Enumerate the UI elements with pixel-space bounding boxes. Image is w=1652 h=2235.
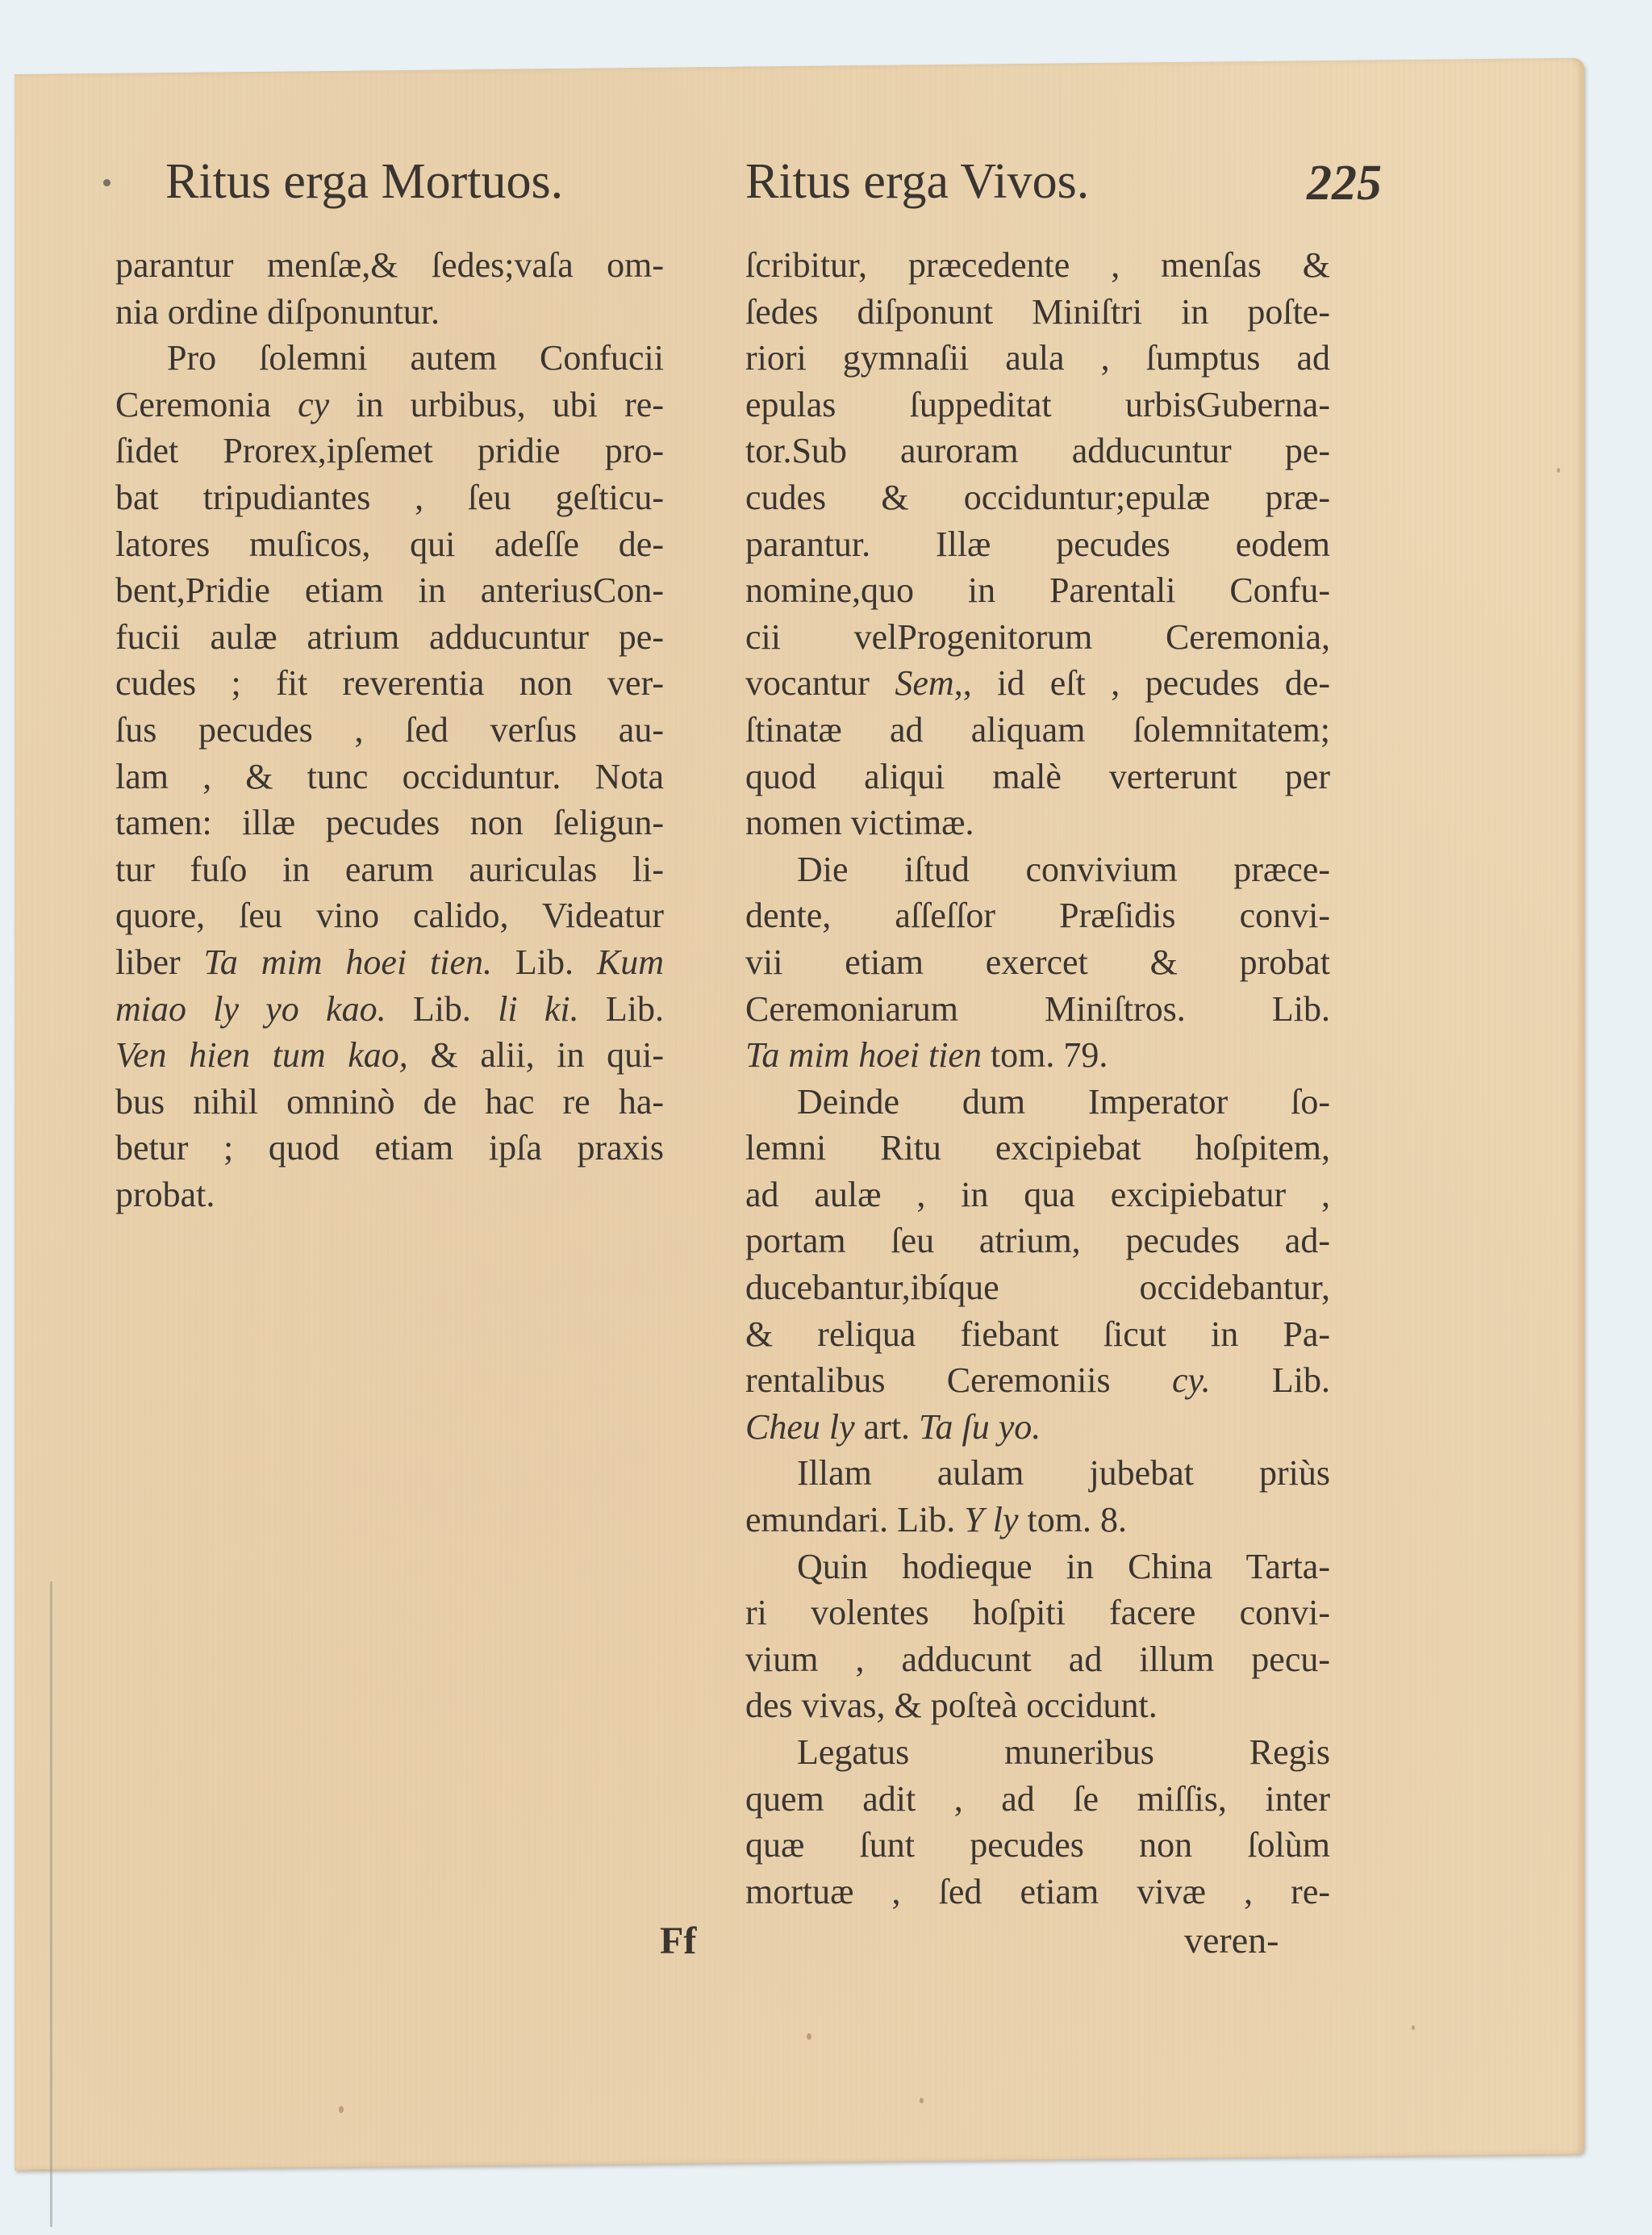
binding-edge — [50, 1581, 52, 2227]
text-segment: bent,Pridie etiam in anteriusCon- — [115, 570, 664, 610]
catchword: veren- — [1184, 1919, 1279, 1961]
text-segment: vium , adducunt ad illum pecu- — [745, 1640, 1330, 1679]
italic-citation: Ven hien tum kao, — [115, 1035, 408, 1075]
text-segment: Ceremonia — [115, 385, 298, 424]
text-line: Ta mim hoei tien tom. 79. — [745, 1032, 1330, 1079]
text-segment: & reliqua fiebant ſicut in Pa- — [745, 1314, 1330, 1354]
text-segment: latores muſicos, qui adeſſe de- — [115, 524, 664, 564]
text-segment: nomine,quo in Parentali Confu- — [745, 570, 1330, 610]
text-segment: cii velProgenitorum Ceremonia, — [745, 617, 1330, 657]
text-line: vii etiam exercet & probat — [745, 939, 1330, 986]
text-line: ſcribitur, præcedente , menſas & — [745, 242, 1330, 289]
text-segment: betur ; quod etiam ipſa praxis — [115, 1128, 664, 1168]
text-line: ad aulæ , in qua excipiebatur , — [745, 1172, 1330, 1218]
text-segment: Lib. — [492, 942, 597, 982]
text-line: Ceremonia cy in urbibus, ubi re- — [115, 382, 664, 428]
text-line: nomine,quo in Parentali Confu- — [745, 567, 1330, 614]
text-segment: ,, id eſt , pecudes de- — [954, 663, 1330, 703]
text-line: Deinde dum Imperator ſo- — [745, 1079, 1330, 1126]
text-segment: epulas ſuppeditat urbisGuberna- — [745, 385, 1330, 424]
text-segment: tor.Sub auroram adducuntur pe- — [745, 431, 1330, 470]
text-line: mortuæ , ſed etiam vivæ , re- — [745, 1869, 1330, 1915]
text-segment: vocantur — [745, 663, 895, 703]
signature-mark: Ff — [660, 1919, 696, 1963]
text-line: bus nihil omninò de hac re ha- — [115, 1079, 664, 1126]
text-segment: ſedes diſponunt Miniſtri in poſte- — [745, 292, 1330, 332]
text-segment: Legatus muneribus Regis — [797, 1732, 1330, 1772]
text-segment: lam , & tunc occiduntur. Nota — [115, 757, 664, 796]
text-line: cudes ; fit reverentia non ver- — [115, 660, 664, 707]
page-number: 225 — [1307, 155, 1382, 212]
text-line: quem adit , ad ſe miſſis, inter — [745, 1776, 1330, 1823]
text-line: lemni Ritu excipiebat hoſpitem, — [745, 1125, 1330, 1172]
text-segment: vii etiam exercet & probat — [745, 942, 1330, 982]
text-segment: quem adit , ad ſe miſſis, inter — [745, 1779, 1330, 1819]
header-ornament-dot — [103, 179, 111, 186]
text-line: tor.Sub auroram adducuntur pe- — [745, 428, 1330, 474]
italic-citation: Ta mim hoei tien. — [204, 942, 493, 982]
text-line: bat tripudiantes , ſeu geſticu- — [115, 474, 664, 521]
text-segment: riori gymnaſii aula , ſumptus ad — [745, 338, 1330, 378]
text-line: Ven hien tum kao, & alii, in qui- — [115, 1032, 664, 1079]
italic-citation: cy. — [1172, 1360, 1211, 1400]
text-line: liber Ta mim hoei tien. Lib. Kum — [115, 939, 664, 986]
text-segment: tamen: illæ pecudes non ſeligun- — [115, 803, 664, 842]
text-segment: & alii, in qui- — [408, 1035, 664, 1075]
text-line: epulas ſuppeditat urbisGuberna- — [745, 382, 1330, 428]
italic-citation: Ta ſu yo. — [919, 1407, 1041, 1447]
italic-citation: cy — [298, 385, 329, 424]
text-segment: rentalibus Ceremoniis — [745, 1360, 1172, 1400]
text-segment: Deinde dum Imperator ſo- — [797, 1082, 1330, 1122]
text-line: Cheu ly art. Ta ſu yo. — [745, 1404, 1330, 1451]
text-segment: bat tripudiantes , ſeu geſticu- — [115, 478, 664, 517]
italic-citation: Sem — [895, 663, 953, 703]
text-segment: cudes & occiduntur;epulæ præ- — [745, 478, 1330, 517]
text-segment: parantur. Illæ pecudes eodem — [745, 524, 1330, 564]
text-line: des vivas, & poſteà occidunt. — [745, 1682, 1330, 1729]
text-segment: tom. 79. — [982, 1035, 1108, 1075]
text-segment: ri volentes hoſpiti facere convi- — [745, 1593, 1330, 1632]
text-line: cudes & occiduntur;epulæ præ- — [745, 474, 1330, 521]
italic-citation: Ta mim hoei tien — [745, 1035, 982, 1075]
text-line: ſedes diſponunt Miniſtri in poſte- — [745, 289, 1330, 336]
text-line: emundari. Lib. Y ly tom. 8. — [745, 1497, 1330, 1544]
text-segment: quod aliqui malè verterunt per — [745, 757, 1330, 796]
text-segment: quæ ſunt pecudes non ſolùm — [745, 1825, 1330, 1865]
text-segment: dente, aſſeſſor Præſidis convi- — [745, 896, 1330, 935]
text-line: Pro ſolemni autem Confucii — [115, 335, 664, 382]
text-segment: nia ordine diſponuntur. — [115, 292, 440, 332]
italic-citation: Cheu ly — [745, 1407, 855, 1447]
italic-citation: Y ly — [964, 1500, 1018, 1539]
text-line: betur ; quod etiam ipſa praxis — [115, 1125, 664, 1172]
text-line: ſus pecudes , ſed verſus au- — [115, 707, 664, 754]
running-header-right: Ritus erga Vivos. — [745, 153, 1089, 211]
text-line: ri volentes hoſpiti facere convi- — [745, 1590, 1330, 1636]
text-line: nia ordine diſponuntur. — [115, 289, 664, 336]
text-segment: ad aulæ , in qua excipiebatur , — [745, 1175, 1330, 1214]
italic-citation: li ki. — [498, 989, 578, 1029]
text-segment: bus nihil omninò de hac re ha- — [115, 1082, 664, 1122]
text-line: lam , & tunc occiduntur. Nota — [115, 754, 664, 800]
italic-citation: Kum — [597, 942, 664, 982]
text-segment: des vivas, & poſteà occidunt. — [745, 1686, 1158, 1725]
left-column-text: parantur menſæ,& ſedes;vaſa om-nia ordin… — [115, 242, 664, 1218]
paper-foxing-spot — [339, 2106, 344, 2113]
text-segment: parantur menſæ,& ſedes;vaſa om- — [115, 245, 664, 285]
text-line: quæ ſunt pecudes non ſolùm — [745, 1822, 1330, 1869]
text-segment: fucii aulæ atrium adducuntur pe- — [115, 617, 664, 657]
text-line: riori gymnaſii aula , ſumptus ad — [745, 335, 1330, 382]
text-line: ducebantur,ibíque occidebantur, — [745, 1264, 1330, 1311]
text-segment: ſtinatæ ad aliquam ſolemnitatem; — [745, 710, 1330, 750]
text-segment: ſidet Prorex,ipſemet pridie pro- — [115, 431, 664, 470]
right-column-text: ſcribitur, præcedente , menſas &ſedes di… — [745, 242, 1330, 1915]
text-line: parantur menſæ,& ſedes;vaſa om- — [115, 242, 664, 289]
text-line: Ceremoniarum Miniſtros. Lib. — [745, 986, 1330, 1033]
text-line: miao ly yo kao. Lib. li ki. Lib. — [115, 986, 664, 1033]
text-line: ſidet Prorex,ipſemet pridie pro- — [115, 428, 664, 474]
text-line: Quin hodieque in China Tarta- — [745, 1544, 1330, 1590]
text-segment: cudes ; fit reverentia non ver- — [115, 663, 664, 703]
text-segment: liber — [115, 942, 204, 982]
text-line: quod aliqui malè verterunt per — [745, 754, 1330, 800]
text-line: quore, ſeu vino calido, Videatur — [115, 892, 664, 939]
text-segment: Quin hodieque in China Tarta- — [797, 1547, 1330, 1586]
paper-foxing-spot — [920, 2098, 924, 2103]
text-line: tur fuſo in earum auriculas li- — [115, 846, 664, 893]
italic-citation: miao ly yo kao. — [115, 989, 386, 1029]
text-segment: Lib. — [386, 989, 499, 1029]
text-segment: ducebantur,ibíque occidebantur, — [745, 1268, 1330, 1307]
text-line: tamen: illæ pecudes non ſeligun- — [115, 800, 664, 846]
text-segment: ſcribitur, præcedente , menſas & — [745, 245, 1330, 285]
paper-foxing-spot — [1557, 468, 1560, 473]
text-line: fucii aulæ atrium adducuntur pe- — [115, 614, 664, 661]
text-segment: portam ſeu atrium, pecudes ad- — [745, 1221, 1330, 1260]
text-segment: tur fuſo in earum auriculas li- — [115, 850, 664, 889]
text-segment: ſus pecudes , ſed verſus au- — [115, 710, 664, 750]
paper-foxing-spot — [807, 2033, 811, 2040]
text-line: probat. — [115, 1172, 664, 1218]
text-segment: Die iſtud convivium præce- — [797, 850, 1330, 889]
text-segment: emundari. Lib. — [745, 1500, 964, 1539]
text-segment: lemni Ritu excipiebat hoſpitem, — [745, 1128, 1330, 1168]
text-segment: Ceremoniarum Miniſtros. Lib. — [745, 989, 1330, 1029]
text-line: dente, aſſeſſor Præſidis convi- — [745, 892, 1330, 939]
text-line: vium , adducunt ad illum pecu- — [745, 1636, 1330, 1683]
text-line: parantur. Illæ pecudes eodem — [745, 521, 1330, 568]
text-segment: Lib. — [579, 989, 664, 1029]
text-line: Illam aulam jubebat priùs — [745, 1450, 1330, 1497]
text-line: & reliqua fiebant ſicut in Pa- — [745, 1311, 1330, 1358]
text-line: Die iſtud convivium præce- — [745, 846, 1330, 893]
text-line: nomen victimæ. — [745, 800, 1330, 846]
text-segment: probat. — [115, 1175, 215, 1214]
text-line: rentalibus Ceremoniis cy. Lib. — [745, 1357, 1330, 1404]
text-segment: Lib. — [1211, 1360, 1330, 1400]
text-line: vocantur Sem,, id eſt , pecudes de- — [745, 660, 1330, 707]
text-segment: Illam aulam jubebat priùs — [797, 1453, 1330, 1493]
paper-foxing-spot — [1412, 2025, 1415, 2030]
text-line: bent,Pridie etiam in anteriusCon- — [115, 567, 664, 614]
text-segment: art. — [855, 1407, 919, 1447]
text-line: cii velProgenitorum Ceremonia, — [745, 614, 1330, 661]
text-line: ſtinatæ ad aliquam ſolemnitatem; — [745, 707, 1330, 754]
text-segment: in urbibus, ubi re- — [329, 385, 664, 424]
text-segment: quore, ſeu vino calido, Videatur — [115, 896, 664, 935]
text-segment: mortuæ , ſed etiam vivæ , re- — [745, 1872, 1330, 1911]
text-segment: nomen victimæ. — [745, 803, 974, 842]
text-line: portam ſeu atrium, pecudes ad- — [745, 1218, 1330, 1264]
text-line: latores muſicos, qui adeſſe de- — [115, 521, 664, 568]
text-segment: tom. 8. — [1019, 1500, 1127, 1539]
text-segment: Pro ſolemni autem Confucii — [167, 338, 664, 378]
text-line: Legatus muneribus Regis — [745, 1729, 1330, 1776]
running-header-left: Ritus erga Mortuos. — [165, 153, 563, 211]
